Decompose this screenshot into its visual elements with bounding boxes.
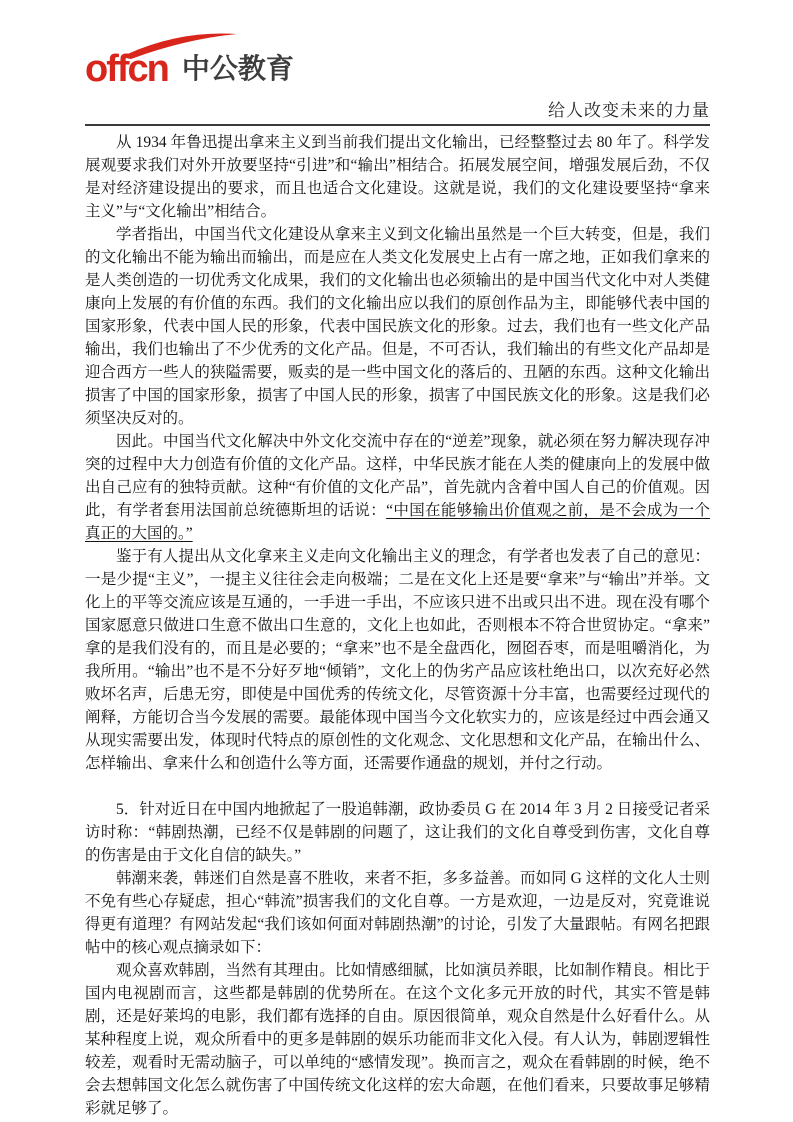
- passage-body: 从 1934 年鲁迅提出拿来主义到当前我们提出文化输出，已经整整过去 80 年了…: [85, 131, 710, 1120]
- offcn-logo-chinese: 中公教育: [182, 53, 294, 84]
- paragraph-luxun-intro: 从 1934 年鲁迅提出拿来主义到当前我们提出文化输出，已经整整过去 80 年了…: [85, 131, 710, 223]
- paragraph-audience-opinion: 观众喜欢韩剧，当然有其理由。比如情感细腻，比如演员养眼，比如制作精良。相比于国内…: [85, 959, 710, 1120]
- paragraph-scholar-opinions: 鉴于有人提出从文化拿来主义走向文化输出主义的理念，有学者也发表了自己的意见：一是…: [85, 545, 710, 775]
- page-header: offcn 中公教育 给人改变未来的力量: [85, 44, 710, 126]
- document-page: offcn 中公教育 给人改变未来的力量 从 1934 年鲁迅提出拿来主义到当前…: [0, 0, 793, 1122]
- brand-logo: offcn 中公教育: [85, 44, 294, 94]
- paragraph-value-gap: 因此。中国当代文化解决中外文化交流中存在的“逆差”现象，就必须在努力解决现存冲突…: [85, 430, 710, 545]
- paragraph-scholar-view: 学者指出，中国当代文化建设从拿来主义到文化输出虽然是一个巨大转变，但是，我们的文…: [85, 223, 710, 430]
- paragraph-korean-wave-reaction: 韩潮来袭，韩迷们自然是喜不胜收，来者不拒，多多益善。而如同 G 这样的文化人士则…: [85, 867, 710, 959]
- offcn-logo-text: offcn: [85, 48, 168, 90]
- brand-tagline: 给人改变未来的力量: [85, 96, 710, 121]
- header-divider: [85, 124, 710, 126]
- question-5-paragraph: 5．针对近日在中国内地掀起了一股追韩潮，政协委员 G 在 2014 年 3 月 …: [85, 798, 710, 867]
